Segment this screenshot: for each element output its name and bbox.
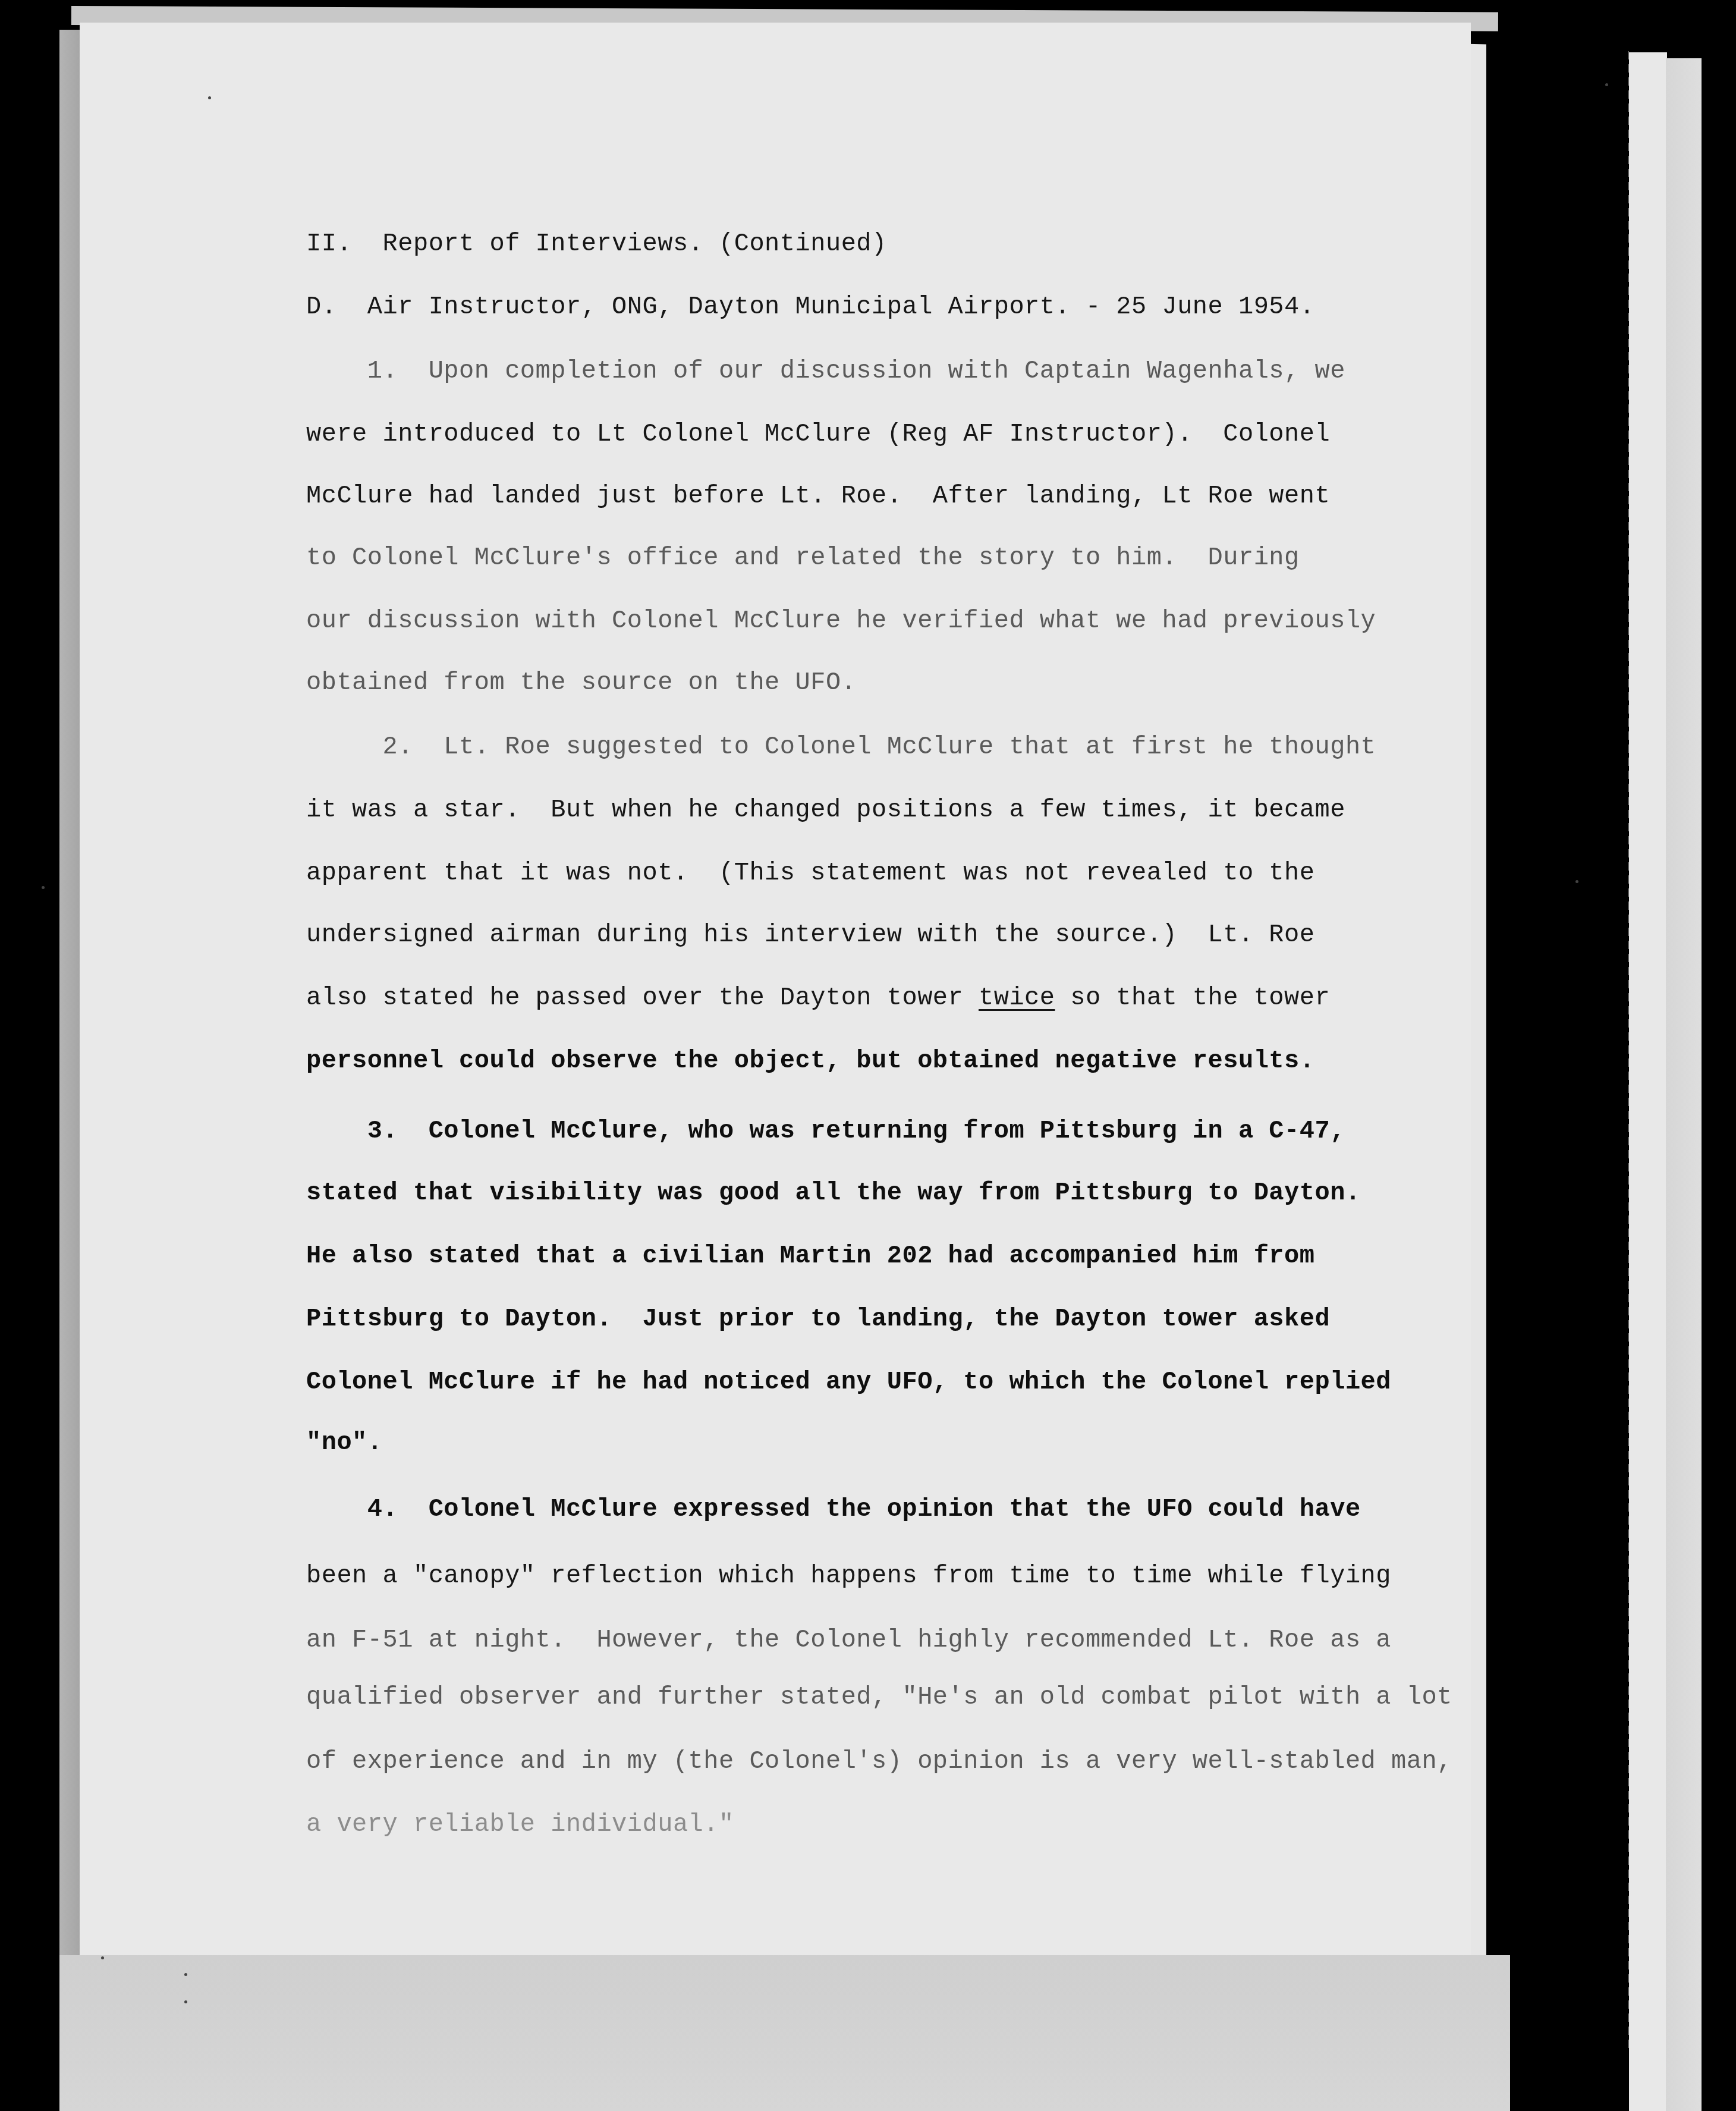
- dust-speck: [42, 886, 45, 889]
- dust-speck: [208, 96, 211, 99]
- paragraph-1-line-5: our discussion with Colonel McClure he v…: [306, 604, 1376, 637]
- subsection-heading: D. Air Instructor, ONG, Dayton Municipal…: [306, 290, 1314, 323]
- paragraph-1-line-3: McClure had landed just before Lt. Roe. …: [306, 479, 1330, 513]
- paragraph-2-line-5-end: so that the tower: [1055, 984, 1331, 1012]
- typewritten-text: II. Report of Interviews. (Continued) D.…: [0, 0, 1736, 2111]
- paragraph-3-line-3: He also stated that a civilian Martin 20…: [306, 1239, 1314, 1273]
- paragraph-2-line-6: personnel could observe the object, but …: [306, 1044, 1314, 1078]
- paragraph-3-line-2: stated that visibility was good all the …: [306, 1176, 1361, 1210]
- paragraph-4-line-2: been a "canopy" reflection which happens…: [306, 1559, 1391, 1592]
- paragraph-2-line-3: apparent that it was not. (This statemen…: [306, 856, 1314, 890]
- paragraph-1-line-4: to Colonel McClure's office and related …: [306, 541, 1300, 574]
- dust-speck: [1575, 880, 1578, 883]
- dust-speck: [184, 2000, 187, 2003]
- paragraph-2-line-4: undersigned airman during his interview …: [306, 918, 1314, 951]
- paragraph-4-line-5: of experience and in my (the Colonel's) …: [306, 1745, 1452, 1778]
- paragraph-1-line-6: obtained from the source on the UFO.: [306, 666, 856, 699]
- paragraph-1-line-2: were introduced to Lt Colonel McClure (R…: [306, 417, 1330, 451]
- dust-speck: [184, 1973, 187, 1976]
- paragraph-4-line-3: an F-51 at night. However, the Colonel h…: [306, 1623, 1391, 1657]
- dust-speck: [1605, 83, 1608, 86]
- paragraph-2-line-5-start: also stated he passed over the Dayton to…: [306, 984, 979, 1012]
- section-heading: II. Report of Interviews. (Continued): [306, 227, 887, 260]
- paragraph-3-line-4: Pittsburg to Dayton. Just prior to landi…: [306, 1302, 1330, 1336]
- paragraph-2-line-2: it was a star. But when he changed posit…: [306, 793, 1345, 827]
- paragraph-4-line-1: 4. Colonel McClure expressed the opinion…: [306, 1493, 1361, 1526]
- underlined-word-twice: twice: [979, 984, 1055, 1012]
- paragraph-3-line-5: Colonel McClure if he had noticed any UF…: [306, 1365, 1391, 1399]
- paragraph-3-line-6: "no".: [306, 1426, 383, 1459]
- paragraph-3-line-1: 3. Colonel McClure, who was returning fr…: [306, 1114, 1345, 1148]
- paragraph-2-line-1: 2. Lt. Roe suggested to Colonel McClure …: [306, 730, 1376, 764]
- paragraph-2-line-5: also stated he passed over the Dayton to…: [306, 981, 1330, 1014]
- paragraph-1-line-1: 1. Upon completion of our discussion wit…: [306, 354, 1345, 388]
- paragraph-4-line-4: qualified observer and further stated, "…: [306, 1680, 1452, 1714]
- dust-speck: [101, 1956, 104, 1959]
- paragraph-4-line-6: a very reliable individual.": [306, 1808, 734, 1841]
